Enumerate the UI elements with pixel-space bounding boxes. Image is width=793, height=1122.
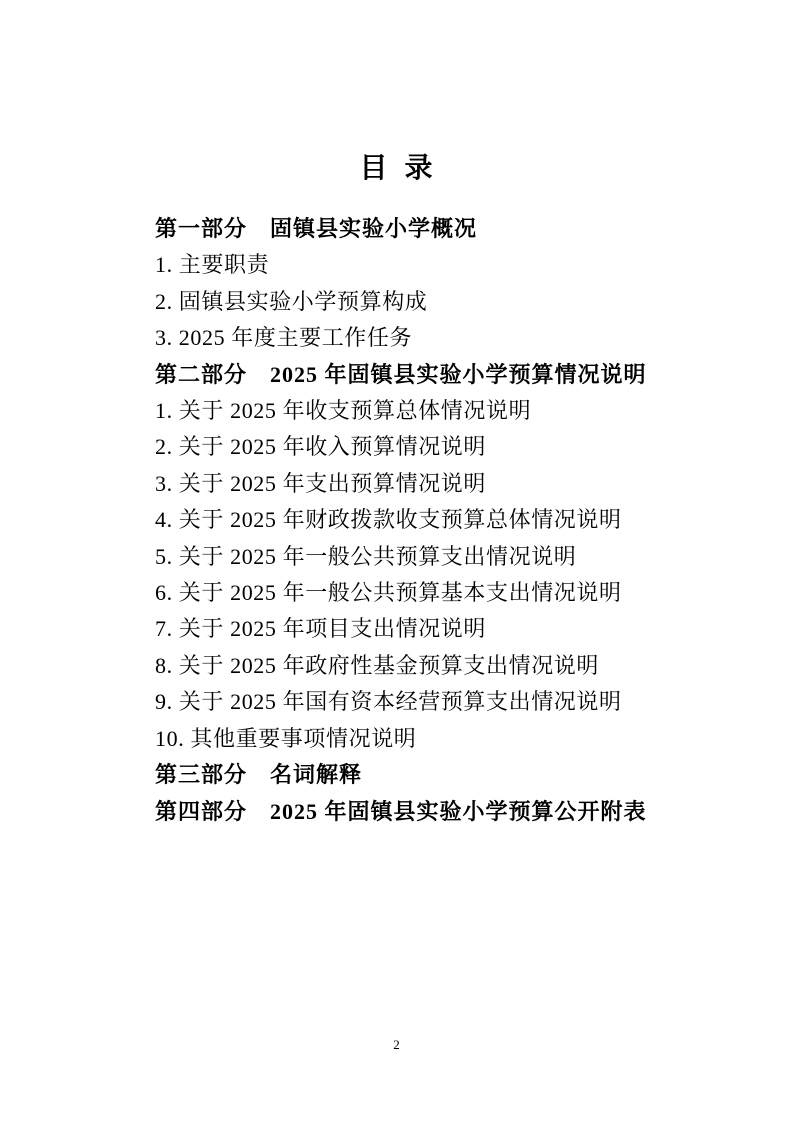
- toc-item: 1. 关于 2025 年收支预算总体情况说明: [155, 393, 673, 429]
- toc-section-heading: 第一部分 固镇县实验小学概况: [155, 211, 673, 247]
- toc-item: 5. 关于 2025 年一般公共预算支出情况说明: [155, 539, 673, 575]
- document-page: 目 录 第一部分 固镇县实验小学概况1. 主要职责2. 固镇县实验小学预算构成3…: [0, 0, 793, 1122]
- toc-item: 2. 关于 2025 年收入预算情况说明: [155, 429, 673, 465]
- toc-section-heading: 第四部分 2025 年固镇县实验小学预算公开附表: [155, 794, 673, 830]
- toc-item: 8. 关于 2025 年政府性基金预算支出情况说明: [155, 648, 673, 684]
- toc-item: 1. 主要职责: [155, 247, 673, 283]
- page-number: 2: [0, 1036, 793, 1054]
- toc-section-heading: 第二部分 2025 年固镇县实验小学预算情况说明: [155, 357, 673, 393]
- toc-item: 3. 2025 年度主要工作任务: [155, 320, 673, 356]
- toc-section-heading: 第三部分 名词解释: [155, 757, 673, 793]
- toc-item: 6. 关于 2025 年一般公共预算基本支出情况说明: [155, 575, 673, 611]
- toc-item: 3. 关于 2025 年支出预算情况说明: [155, 466, 673, 502]
- page-title: 目 录: [0, 146, 793, 186]
- toc-item: 9. 关于 2025 年国有资本经营预算支出情况说明: [155, 684, 673, 720]
- toc-item: 4. 关于 2025 年财政拨款收支预算总体情况说明: [155, 502, 673, 538]
- toc-item: 2. 固镇县实验小学预算构成: [155, 284, 673, 320]
- toc-list: 第一部分 固镇县实验小学概况1. 主要职责2. 固镇县实验小学预算构成3. 20…: [155, 211, 673, 830]
- toc-item: 10. 其他重要事项情况说明: [155, 721, 673, 757]
- toc-item: 7. 关于 2025 年项目支出情况说明: [155, 611, 673, 647]
